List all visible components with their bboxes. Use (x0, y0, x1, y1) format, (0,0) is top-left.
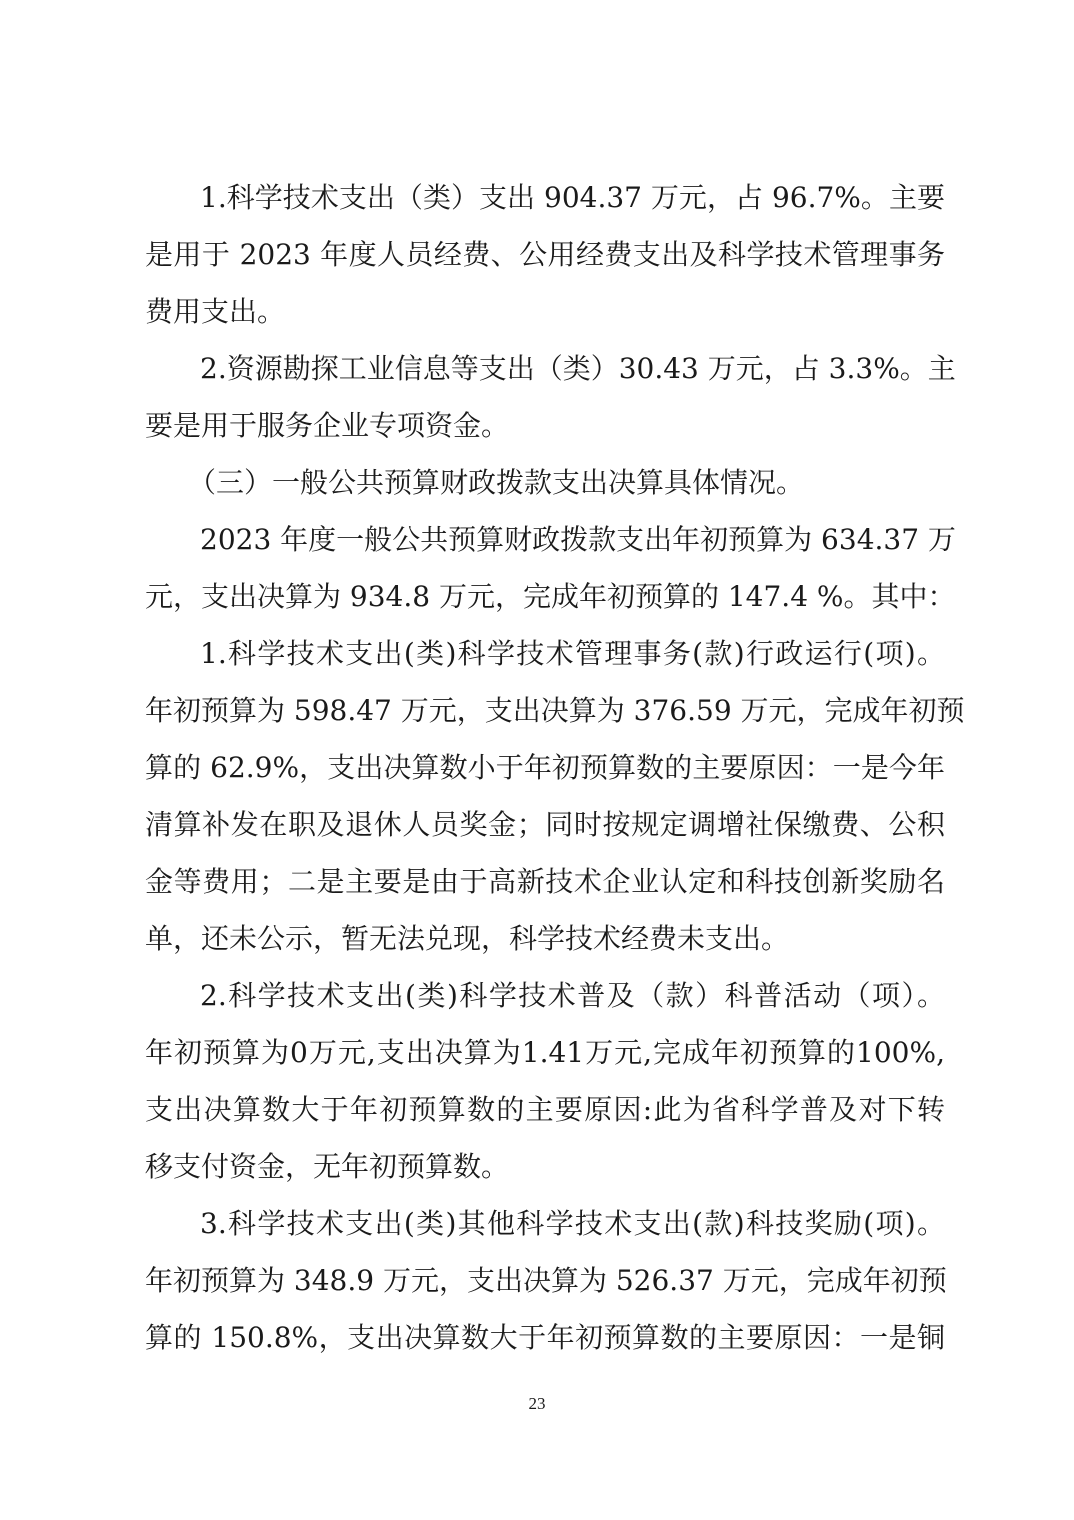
paragraph-1-line-1: 1.科学技术支出（类）支出 904.37 万元，占 96.7%。主要 (200, 178, 945, 218)
paragraph-4-line-2: 元，支出决算为 934.8 万元，完成年初预算的 147.4 %。其中： (145, 577, 945, 617)
paragraph-6-line-3: 支出决算数大于年初预算数的主要原因:此为省科学普及对下转 (145, 1090, 945, 1130)
paragraph-6-line-2: 年初预算为0万元,支出决算为1.41万元,完成年初预算的100%, (145, 1033, 945, 1073)
paragraph-5-line-2: 年初预算为 598.47 万元，支出决算为 376.59 万元，完成年初预 (145, 691, 945, 731)
paragraph-5-line-4: 清算补发在职及退休人员奖金；同时按规定调增社保缴费、公积 (145, 805, 945, 845)
paragraph-7-line-3: 算的 150.8%，支出决算数大于年初预算数的主要原因：一是铜 (145, 1318, 945, 1358)
paragraph-7-line-2: 年初预算为 348.9 万元，支出决算为 526.37 万元，完成年初预 (145, 1261, 945, 1301)
paragraph-2-line-1: 2.资源勘探工业信息等支出（类）30.43 万元，占 3.3%。主 (200, 349, 945, 389)
paragraph-1-line-3: 费用支出。 (145, 292, 945, 332)
paragraph-5-line-5: 金等费用；二是主要是由于高新技术企业认定和科技创新奖励名 (145, 862, 945, 902)
paragraph-4-line-1: 2023 年度一般公共预算财政拨款支出年初预算为 634.37 万 (200, 520, 945, 560)
section-heading-3: （三）一般公共预算财政拨款支出决算具体情况。 (188, 463, 804, 503)
paragraph-7-line-1: 3.科学技术支出(类)其他科学技术支出(款)科技奖励(项)。 (200, 1204, 945, 1244)
page-number: 23 (0, 1394, 1074, 1414)
paragraph-5-line-1: 1.科学技术支出(类)科学技术管理事务(款)行政运行(项)。 (200, 634, 945, 674)
paragraph-6-line-4: 移支付资金，无年初预算数。 (145, 1147, 945, 1187)
paragraph-6-line-1: 2.科学技术支出(类)科学技术普及（款）科普活动（项）。 (200, 976, 945, 1016)
paragraph-2-line-2: 要是用于服务企业专项资金。 (145, 406, 945, 446)
paragraph-1-line-2: 是用于 2023 年度人员经费、公用经费支出及科学技术管理事务 (145, 235, 945, 275)
paragraph-5-line-3: 算的 62.9%，支出决算数小于年初预算数的主要原因：一是今年 (145, 748, 945, 788)
paragraph-5-line-6: 单，还未公示，暂无法兑现，科学技术经费未支出。 (145, 919, 945, 959)
document-page: 1.科学技术支出（类）支出 904.37 万元，占 96.7%。主要 是用于 2… (0, 0, 1074, 1520)
